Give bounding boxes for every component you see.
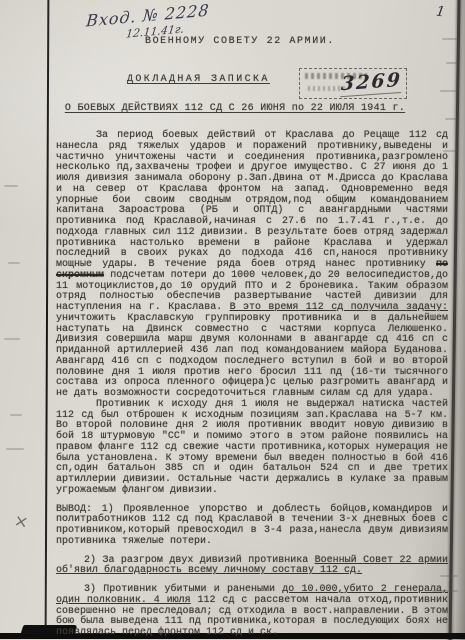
margin-dash — [10, 414, 22, 416]
margin-dash — [446, 62, 458, 64]
registration-stamp: 3269 — [299, 68, 407, 99]
paragraph-conclusion-1: ВЫВОД: 1) Проявленное упорство и доблест… — [56, 505, 448, 548]
stamp-number: 3269 — [340, 68, 403, 97]
paragraph-2: Противник к исходу дня 1 июля не выдержа… — [56, 400, 448, 497]
scanned-document-page: Вход. № 2228 12.11.41г. 1 × ВОЕННОМУ СОВ… — [0, 0, 465, 640]
margin-dash — [4, 185, 18, 187]
document-type: ДОКЛАДНАЯ ЗАПИСКА — [127, 74, 270, 85]
left-margin-rule — [45, 0, 50, 629]
margin-dash — [445, 118, 457, 120]
handwritten-margin-mark: × — [12, 511, 30, 534]
margin-dash — [440, 90, 458, 92]
margin-dash — [8, 262, 20, 264]
paragraph-1: За период боевых действий от Краслава до… — [56, 131, 448, 400]
handwritten-page-number: 1 — [435, 3, 446, 20]
margin-dash — [4, 338, 20, 340]
document-body: За период боевых действий от Краслава до… — [56, 131, 448, 639]
paragraph-conclusion-2: 2) За разгром двух дивизий противника Во… — [56, 556, 448, 578]
document-title: О БОЕВЫХ ДЕЙСТВИЯХ 112 СД С 26 ИЮНЯ по 2… — [20, 103, 450, 114]
margin-dash — [6, 448, 24, 450]
recipient-line: ВОЕННОМУ СОВЕТУ 22 АРМИИ. — [30, 36, 450, 47]
paragraph-conclusion-3: 3) Противник убитыми и ранеными до 10.00… — [56, 585, 448, 639]
